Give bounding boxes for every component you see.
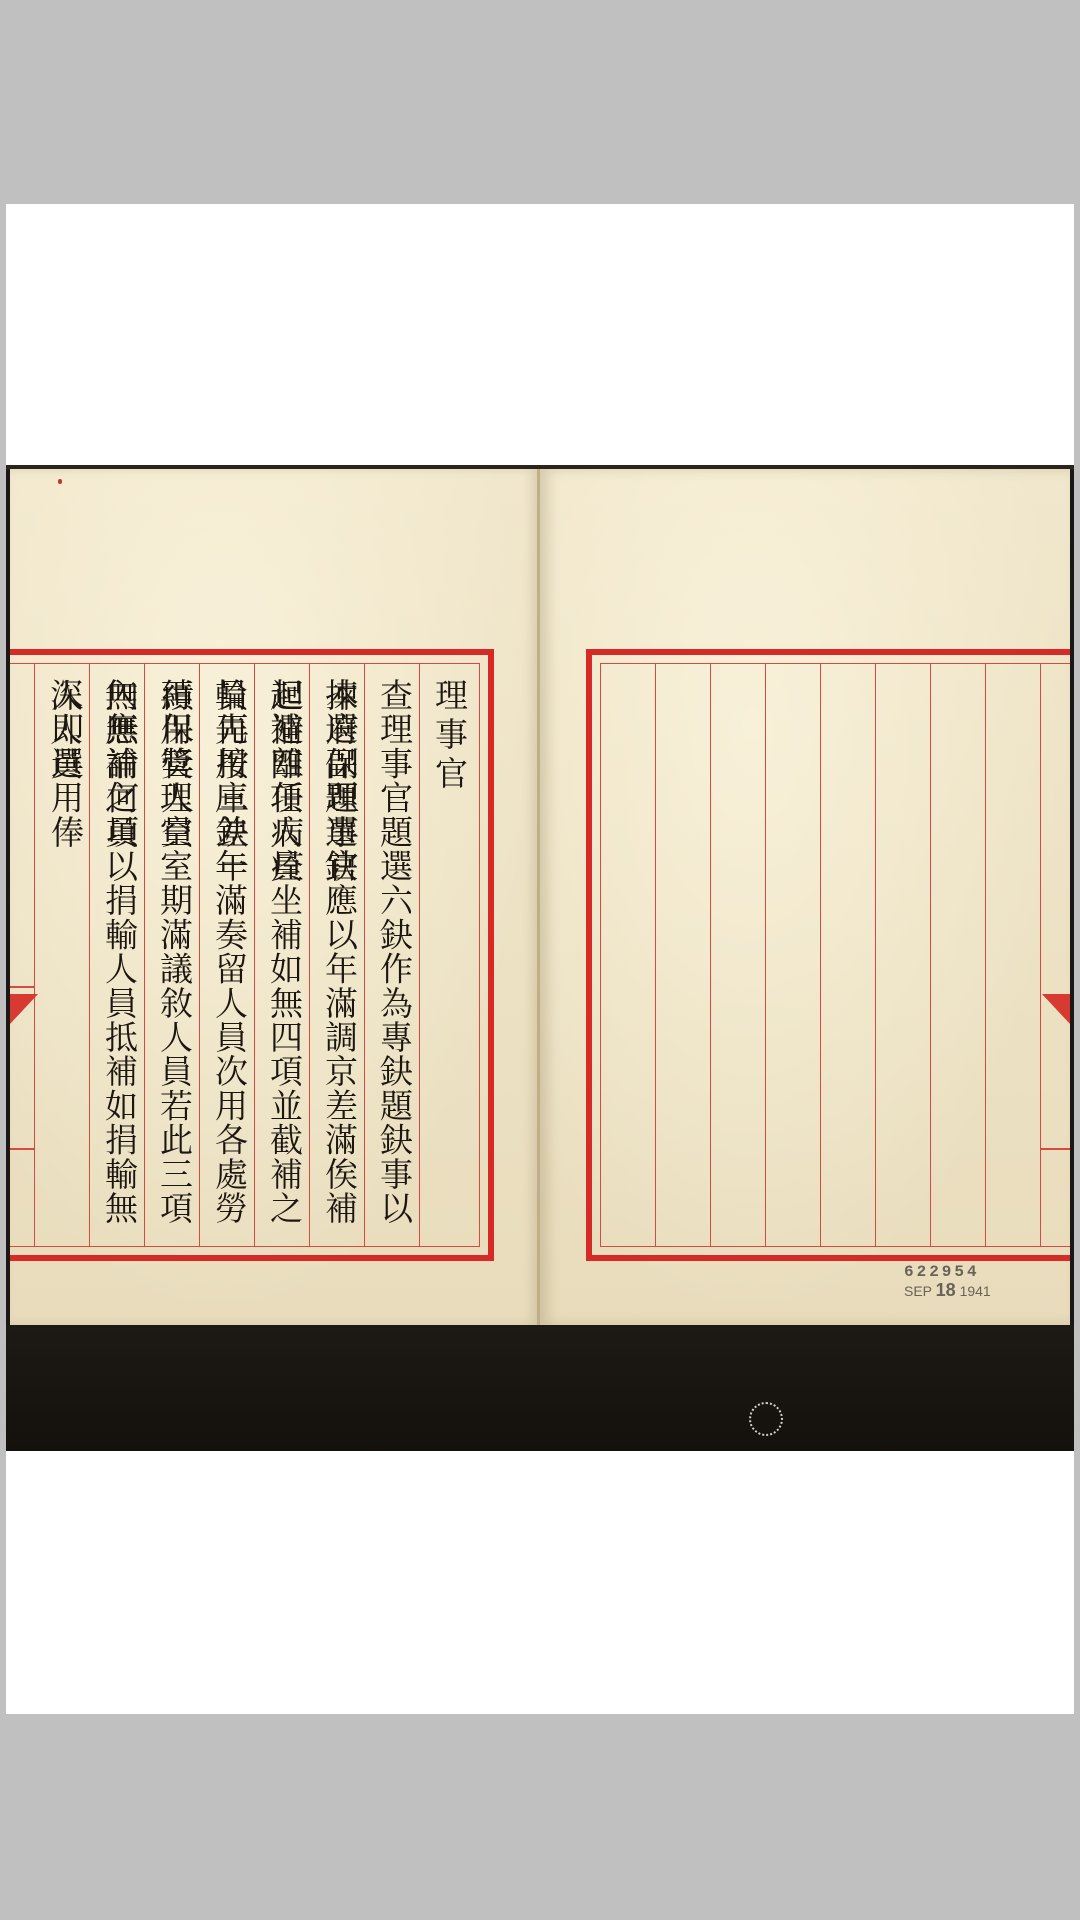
column-rule [985, 664, 986, 1246]
column-rule [930, 664, 931, 1246]
text-column-heading: 理事官 [422, 678, 476, 795]
left-page: 理事官 查理事官題選六鈌作為專鈌題鈌事以本府副理事官 揀選保題選鈌應以年滿調京差… [10, 469, 538, 1325]
accession-date: SEP 18 1941 [904, 1281, 991, 1300]
accession-stamp: 622954 SEP 18 1941 [904, 1264, 991, 1300]
column-rule [655, 664, 656, 1246]
stamp-year: 1941 [960, 1283, 991, 1299]
fishtail-line [1040, 1148, 1070, 1150]
fishtail-mark-icon [10, 994, 38, 1024]
stamp-month: SEP [904, 1283, 932, 1299]
scan-background-band [6, 1325, 1074, 1451]
right-page-frame [586, 649, 1070, 1261]
accession-number: 622954 [904, 1264, 991, 1281]
left-page-frame: 理事官 查理事官題選六鈌作為專鈌題鈌事以本府副理事官 揀選保題選鈌應以年滿調京差… [10, 649, 494, 1261]
column-rule [34, 664, 35, 1246]
embossed-mark-icon [749, 1402, 783, 1436]
text-column: 無應補之員以捐輸人員抵補如捐輸無人即選用俸 [92, 678, 146, 1246]
column-rule [820, 664, 821, 1246]
right-page: 622954 SEP 18 1941 [540, 469, 1070, 1325]
fishtail-mark-icon [1042, 994, 1070, 1024]
text-column: 輪先用庫差年滿奏留人員次用各處勞績保獎人員 [202, 678, 256, 1246]
text-column: 查理事官題選六鈌作為專鈌題鈌事以本府副理事官 [367, 678, 421, 1246]
ink-spot [58, 479, 62, 484]
text-column: 深人員 [37, 678, 91, 781]
right-page-inner-frame [600, 663, 1070, 1247]
text-column: 起補四項人員坐補如無四項並截補之員再按三鈌一 [257, 678, 311, 1246]
text-column: 再用管理空室期滿議敘人員若此三項內無論何項 [147, 678, 201, 1246]
stamp-day: 18 [936, 1280, 956, 1300]
fishtail-line [10, 986, 34, 988]
fishtail-line [10, 1148, 34, 1150]
text-column: 揀選保題選鈌應以年滿調京差滿俟補迴避離任病痊 [312, 678, 366, 1246]
book-scan: 理事官 查理事官題選六鈌作為專鈌題鈌事以本府副理事官 揀選保題選鈌應以年滿調京差… [6, 465, 1074, 1451]
column-rule [875, 664, 876, 1246]
column-rule [710, 664, 711, 1246]
column-rule [1040, 664, 1041, 1246]
left-page-inner-frame: 理事官 查理事官題選六鈌作為專鈌題鈌事以本府副理事官 揀選保題選鈌應以年滿調京差… [10, 663, 480, 1247]
column-rule [765, 664, 766, 1246]
